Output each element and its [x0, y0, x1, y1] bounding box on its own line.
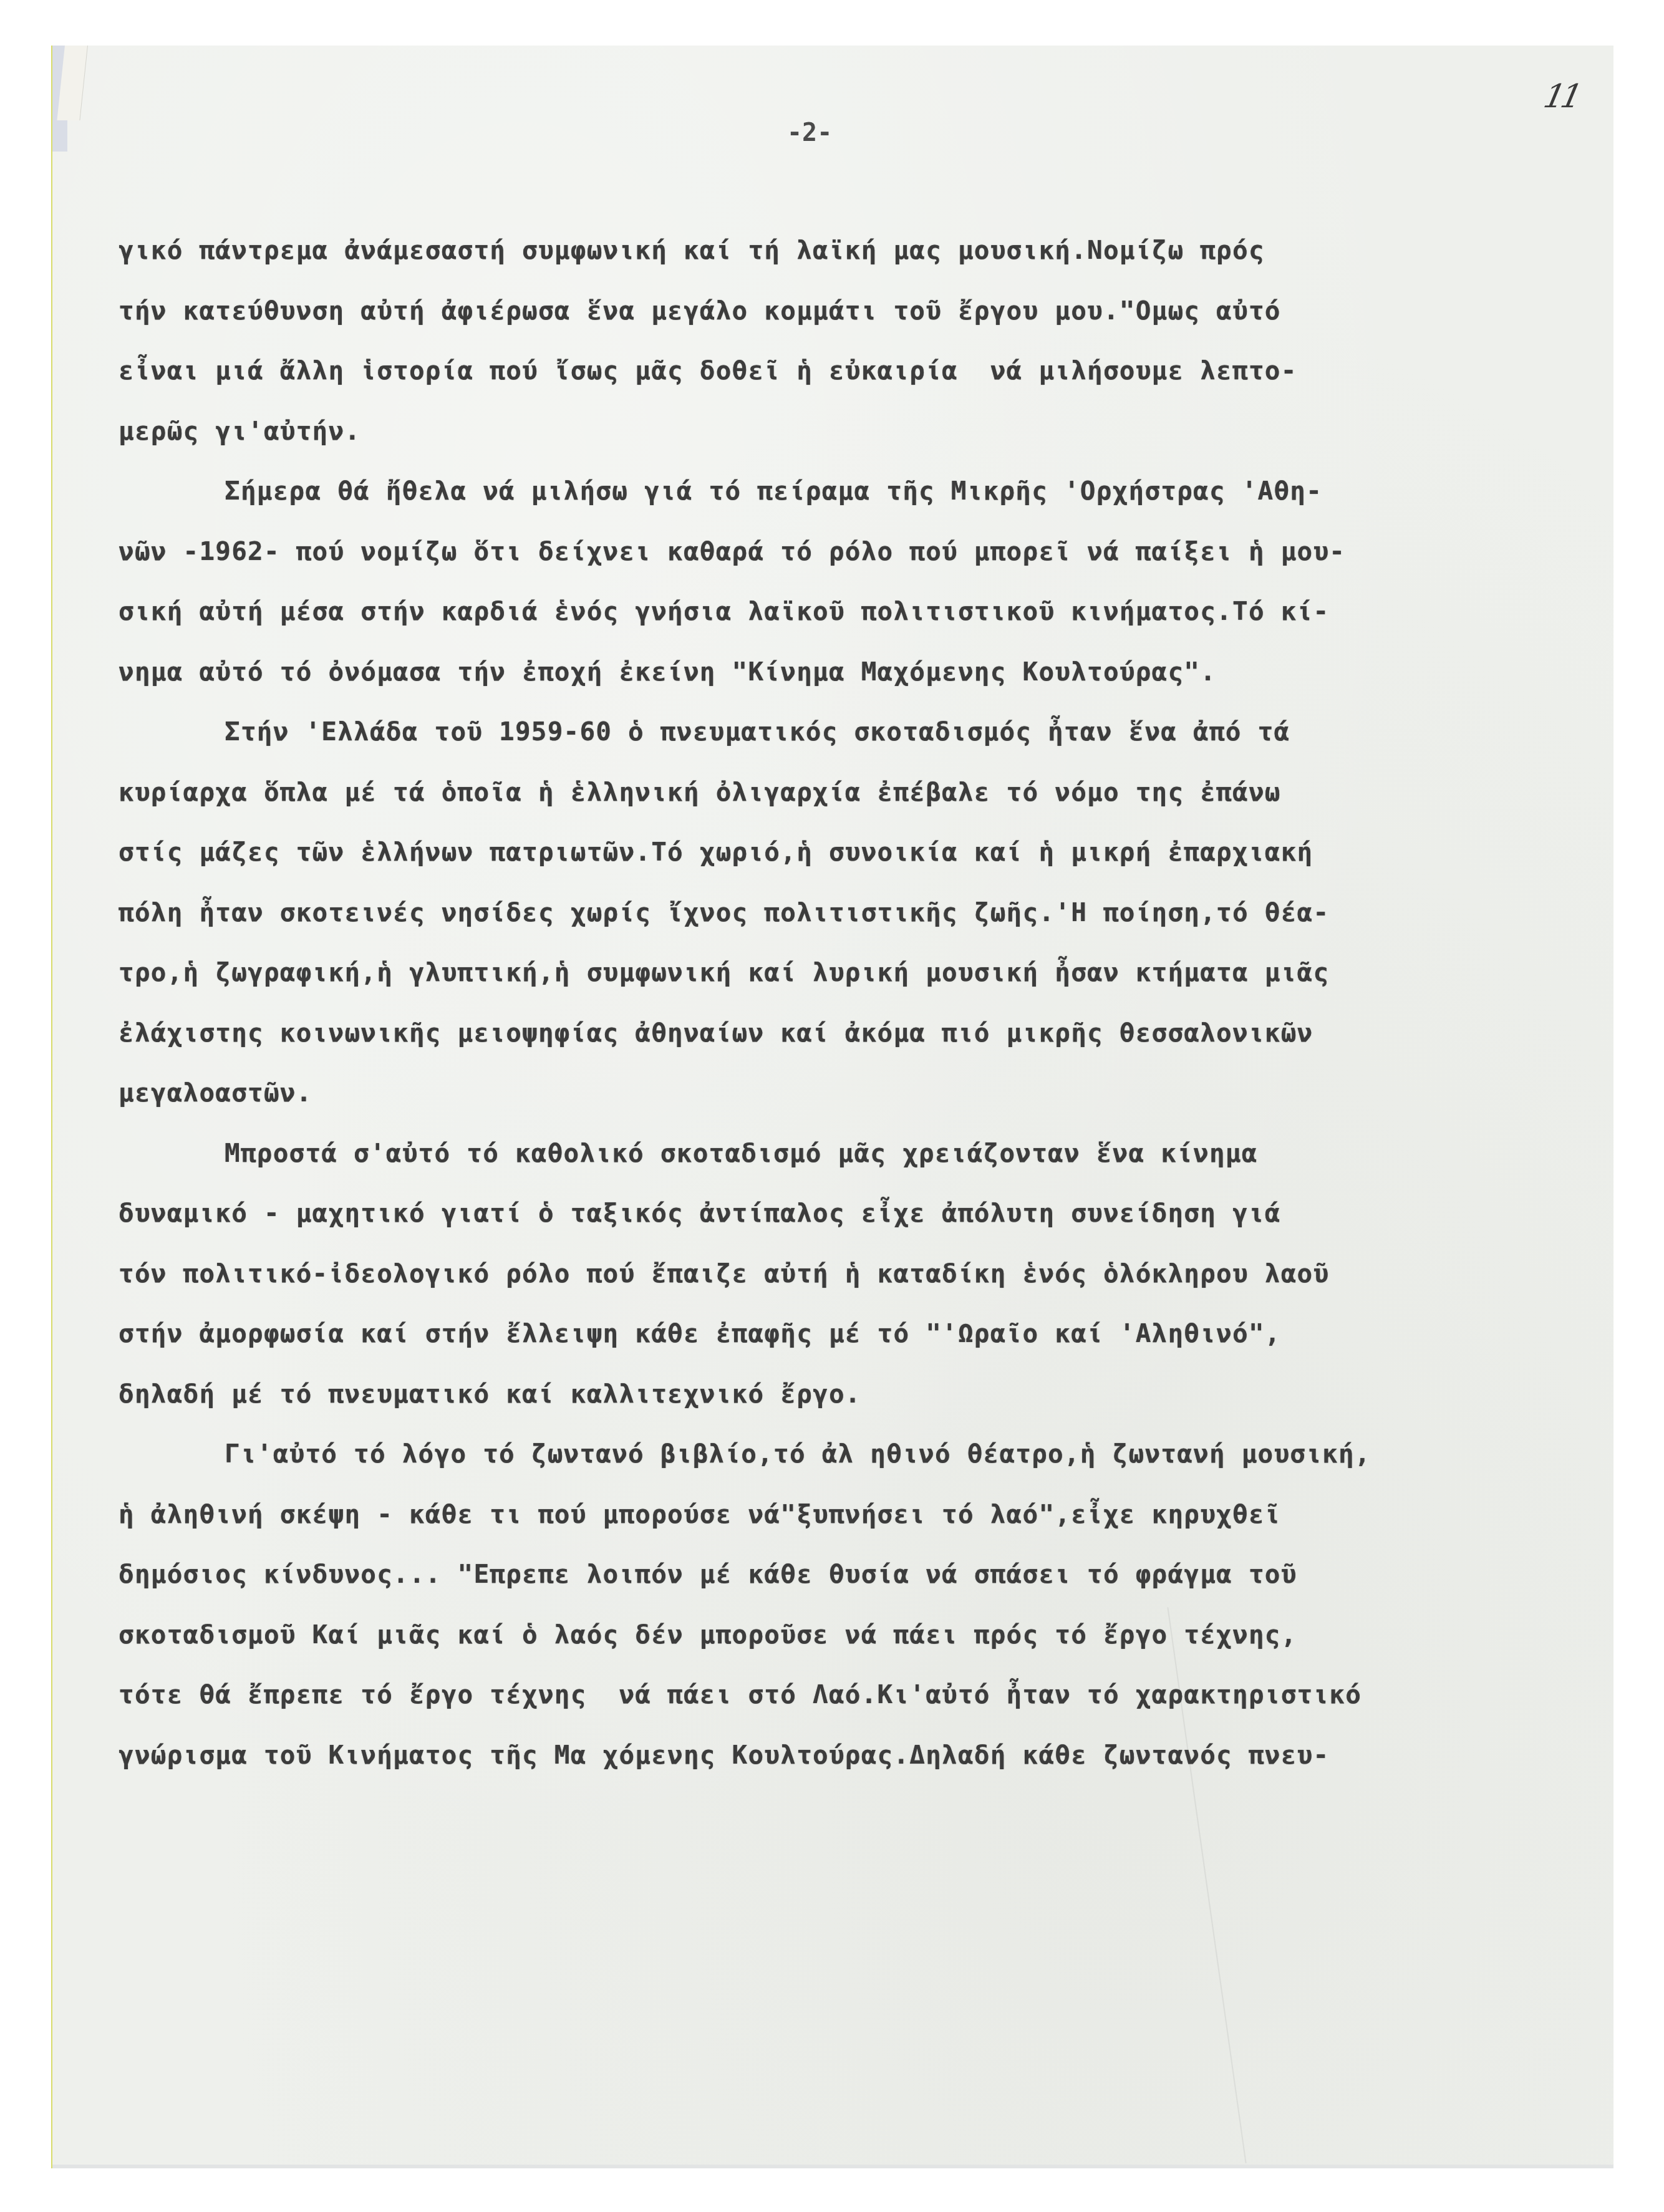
text-line: μεγαλοαστῶν. — [119, 1063, 1603, 1123]
text-line: κυρίαρχα ὅπλα μέ τά ὁποῖα ἡ ἑλληνική ὀλι… — [119, 762, 1603, 823]
text-line: σκοταδισμοῦ Καί μιᾶς καί ὁ λαός δέν μπορ… — [119, 1605, 1603, 1665]
text-line: δηλαδή μέ τό πνευματικό καί καλλιτεχνικό… — [119, 1364, 1603, 1424]
text-line: δυναμικό - μαχητικό γιατί ὁ ταξικός ἀντί… — [119, 1183, 1603, 1244]
text-line: γικό πάντρεμα ἀνάμεσαστή συμφωνική καί τ… — [119, 220, 1603, 281]
text-line: γνώρισμα τοῦ Κινήματος τῆς Μα χόμενης Κο… — [119, 1725, 1603, 1785]
text-line: τήν κατεύθυνση αὐτή ἀφιέρωσα ἕνα μεγάλο … — [119, 281, 1603, 341]
paragraph: Σήμερα θά ἤθελα νά μιλήσω γιά τό πείραμα… — [119, 461, 1603, 702]
text-line: Στήν 'Ελλάδα τοῦ 1959-60 ὁ πνευματικός σ… — [119, 702, 1603, 762]
text-line: εἶναι μιά ἄλλη ἱστορία πού ἴσως μᾶς δοθε… — [119, 340, 1603, 401]
paragraph: Γι'αὐτό τό λόγο τό ζωντανό βιβλίο,τό ἀλ … — [119, 1424, 1603, 1785]
paragraph: Στήν 'Ελλάδα τοῦ 1959-60 ὁ πνευματικός σ… — [119, 702, 1603, 1123]
text-line: νῶν -1962- πού νομίζω ὅτι δείχνει καθαρά… — [119, 521, 1603, 582]
text-line: νημα αὐτό τό ὀνόμασα τήν ἐποχή ἐκείνη "Κ… — [119, 642, 1603, 702]
text-line: μερῶς γι'αὐτήν. — [119, 401, 1603, 461]
text-line: Σήμερα θά ἤθελα νά μιλήσω γιά τό πείραμα… — [119, 461, 1603, 521]
text-line: ἐλάχιστης κοινωνικῆς μειοψηφίας ἀθηναίων… — [119, 1003, 1603, 1063]
text-line: τόν πολιτικό-ἰδεολογικό ρόλο πού ἔπαιζε … — [119, 1244, 1603, 1304]
page-number: -2- — [787, 118, 832, 147]
text-line: Γι'αὐτό τό λόγο τό ζωντανό βιβλίο,τό ἀλ … — [119, 1424, 1603, 1484]
paragraph: γικό πάντρεμα ἀνάμεσαστή συμφωνική καί τ… — [119, 220, 1603, 461]
typewritten-body: γικό πάντρεμα ἀνάμεσαστή συμφωνική καί τ… — [119, 220, 1603, 1785]
paragraph: Μπροστά σ'αὐτό τό καθολικό σκοταδισμό μᾶ… — [119, 1123, 1603, 1424]
text-line: τρο,ἡ ζωγραφική,ἡ γλυπτική,ἡ συμφωνική κ… — [119, 942, 1603, 1003]
text-line: σική αὐτή μέσα στήν καρδιά ἑνός γνήσια λ… — [119, 581, 1603, 642]
text-line: στίς μάζες τῶν ἑλλήνων πατριωτῶν.Τό χωρι… — [119, 822, 1603, 882]
text-line: τότε θά ἔπρεπε τό ἔργο τέχνης νά πάει στ… — [119, 1664, 1603, 1725]
text-line: ἡ ἀληθινή σκέψη - κάθε τι πού μπορούσε ν… — [119, 1484, 1603, 1545]
text-line: στήν ἀμορφωσία καί στήν ἔλλειψη κάθε ἐπα… — [119, 1303, 1603, 1364]
text-line: πόλη ἦταν σκοτεινές νησίδες χωρίς ἴχνος … — [119, 882, 1603, 943]
text-line: δημόσιος κίνδυνος... "Επρεπε λοιπόν μέ κ… — [119, 1544, 1603, 1605]
text-line: Μπροστά σ'αὐτό τό καθολικό σκοταδισμό μᾶ… — [119, 1123, 1603, 1184]
